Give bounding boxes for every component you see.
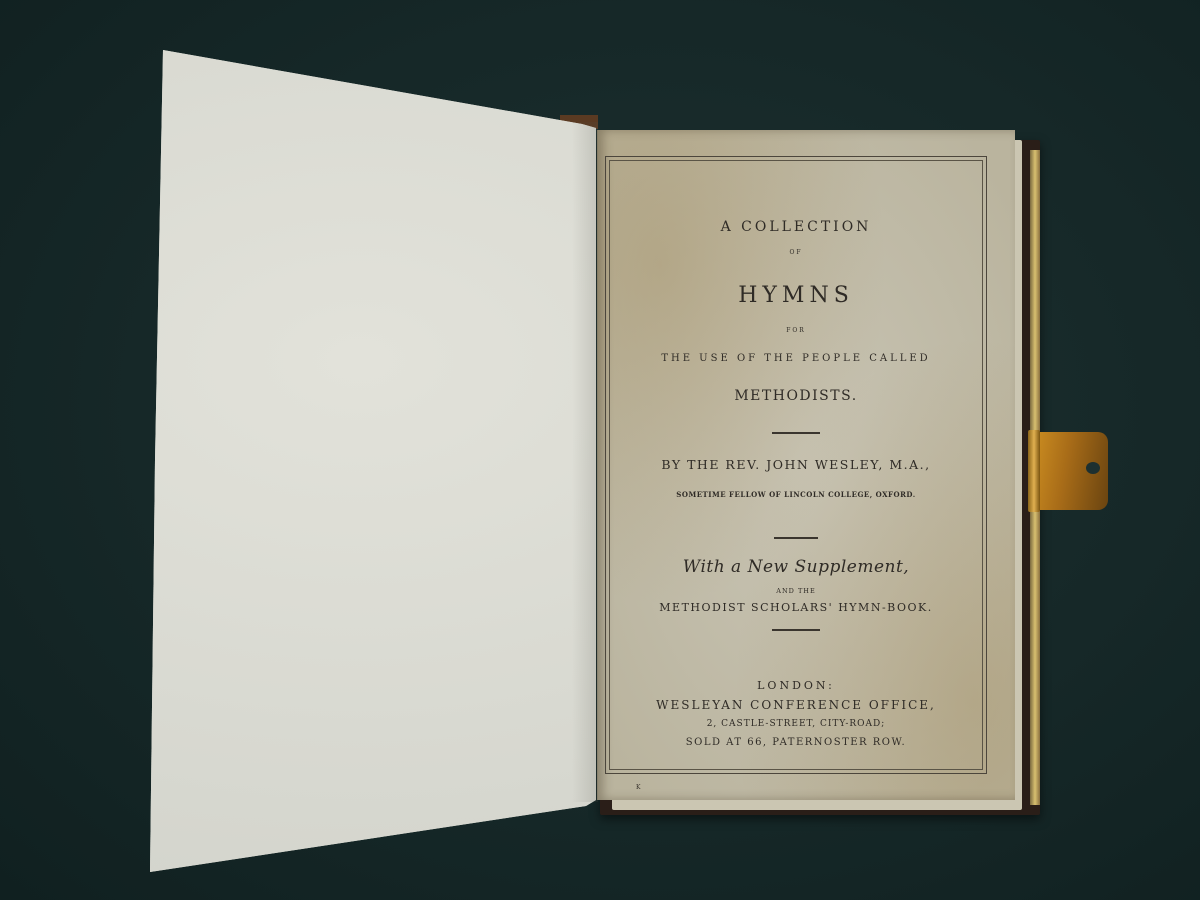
photo-scene: A COLLECTION OF HYMNS FOR THE USE OF THE…: [0, 0, 1200, 900]
title-page: A COLLECTION OF HYMNS FOR THE USE OF THE…: [597, 130, 1015, 800]
divider-rule: [772, 432, 820, 434]
imprint-publisher: WESLEYAN CONFERENCE OFFICE,: [606, 698, 986, 712]
clasp-hole: [1086, 462, 1100, 474]
author-credential: SOMETIME FELLOW OF LINCOLN COLLEGE, OXFO…: [606, 490, 986, 499]
title-line-for: FOR: [606, 327, 986, 334]
imprint-city: LONDON:: [606, 679, 986, 692]
supplement-line: With a New Supplement,: [606, 557, 986, 577]
title-methodists: METHODISTS.: [606, 388, 986, 404]
title-line-use: THE USE OF THE PEOPLE CALLED: [606, 353, 986, 364]
divider-rule: [772, 629, 820, 631]
divider-rule: [774, 537, 818, 539]
imprint-address: 2, CASTLE-STREET, CITY-ROAD;: [606, 719, 986, 729]
clasp-hinge: [1028, 430, 1040, 512]
scholars-hymn-book-line: METHODIST SCHOLARS' HYMN-BOOK.: [606, 601, 986, 614]
signature-mark: K: [636, 784, 640, 791]
title-hymns: HYMNS: [606, 283, 986, 308]
and-the-line: AND THE: [606, 587, 986, 595]
brass-clasp: [1028, 430, 1108, 512]
page-gutter-shadow: [572, 122, 598, 802]
title-line-collection: A COLLECTION: [606, 219, 986, 235]
imprint-sold-at: SOLD AT 66, PATERNOSTER ROW.: [606, 737, 986, 748]
author-line: BY THE REV. JOHN WESLEY, M.A.,: [606, 457, 986, 472]
page-border-frame: A COLLECTION OF HYMNS FOR THE USE OF THE…: [605, 156, 987, 774]
title-line-of: OF: [606, 249, 986, 256]
